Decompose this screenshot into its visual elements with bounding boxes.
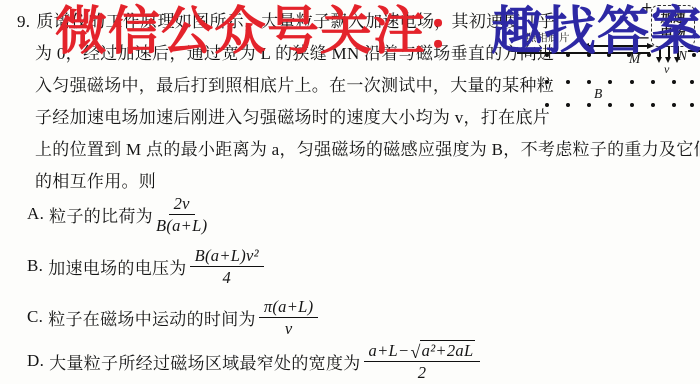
option-b: B. 加速电场的电压为 B(a+L)v² 4 — [27, 242, 264, 290]
question-number: 9. — [17, 12, 30, 31]
fraction-denominator: B(a+L) — [156, 215, 207, 235]
option-a-text: 粒子的比荷为 — [49, 202, 153, 227]
option-b-label: B. — [27, 256, 43, 276]
fraction-numerator: a+L− — [369, 341, 410, 360]
field-dot — [587, 103, 591, 107]
option-c-fraction: π(a+L) v — [259, 297, 319, 338]
field-dot — [587, 80, 591, 84]
option-d: D. 大量粒子所经过磁场区域最窄处的宽度为 a+L−√a²+2aL 2 — [27, 337, 480, 384]
field-dot — [672, 103, 676, 107]
fraction-denominator: 2 — [418, 362, 427, 382]
option-a: A. 粒子的比荷为 2v B(a+L) — [27, 190, 207, 238]
field-dot — [566, 103, 570, 107]
option-c-label: C. — [27, 307, 43, 327]
field-dot — [690, 80, 694, 84]
field-dot — [672, 80, 676, 84]
fraction-numerator: B(a+L)v² — [195, 246, 259, 265]
option-d-label: D. — [27, 351, 44, 371]
option-b-fraction: B(a+L)v² 4 — [190, 246, 264, 287]
option-d-fraction: a+L−√a²+2aL 2 — [364, 340, 481, 382]
watermark-prefix: 微信公众号关注： — [55, 2, 479, 62]
velocity-label: v — [664, 63, 669, 75]
field-b-label: B — [594, 87, 602, 100]
field-dot — [630, 103, 634, 107]
question-line-6: 的相互作用。则 — [35, 172, 156, 192]
field-dot — [608, 80, 612, 84]
field-dot — [630, 80, 634, 84]
option-b-text: 加速电场的电压为 — [48, 254, 186, 279]
field-dot — [545, 103, 549, 107]
fraction-radicand: a²+2aL — [420, 340, 476, 360]
fraction-denominator: v — [285, 318, 293, 338]
fraction-numerator: 2v — [174, 194, 190, 213]
watermark: 微信公众号关注：趣找答案 — [55, 4, 700, 60]
question-line-3: 入匀强磁场中，最后打到照相底片上。在一次测试中，大量的某种粒 — [35, 76, 554, 96]
fraction-denominator: 4 — [222, 267, 231, 287]
option-a-label: A. — [27, 204, 44, 224]
option-d-text: 大量粒子所经过磁场区域最窄处的宽度为 — [49, 349, 360, 374]
field-dot — [651, 80, 655, 84]
fraction-numerator: π(a+L) — [264, 297, 314, 316]
question-line-4: 子经加速电场加速后刚进入匀强磁场时的速度大小均为 v，打在底片 — [35, 108, 550, 128]
field-dot — [690, 103, 694, 107]
option-c-text: 粒子在磁场中运动的时间为 — [48, 305, 256, 330]
field-dot — [608, 103, 612, 107]
question-line-5: 上的位置到 M 点的最小距离为 a，匀强磁场的磁感应强度为 B，不考虑粒子的重力… — [35, 140, 700, 160]
option-c: C. 粒子在磁场中运动的时间为 π(a+L) v — [27, 293, 318, 341]
option-a-fraction: 2v B(a+L) — [156, 194, 207, 235]
field-dot — [651, 103, 655, 107]
field-dot — [545, 80, 549, 84]
field-dot — [566, 80, 570, 84]
watermark-suffix: 趣找答案 — [491, 2, 700, 62]
